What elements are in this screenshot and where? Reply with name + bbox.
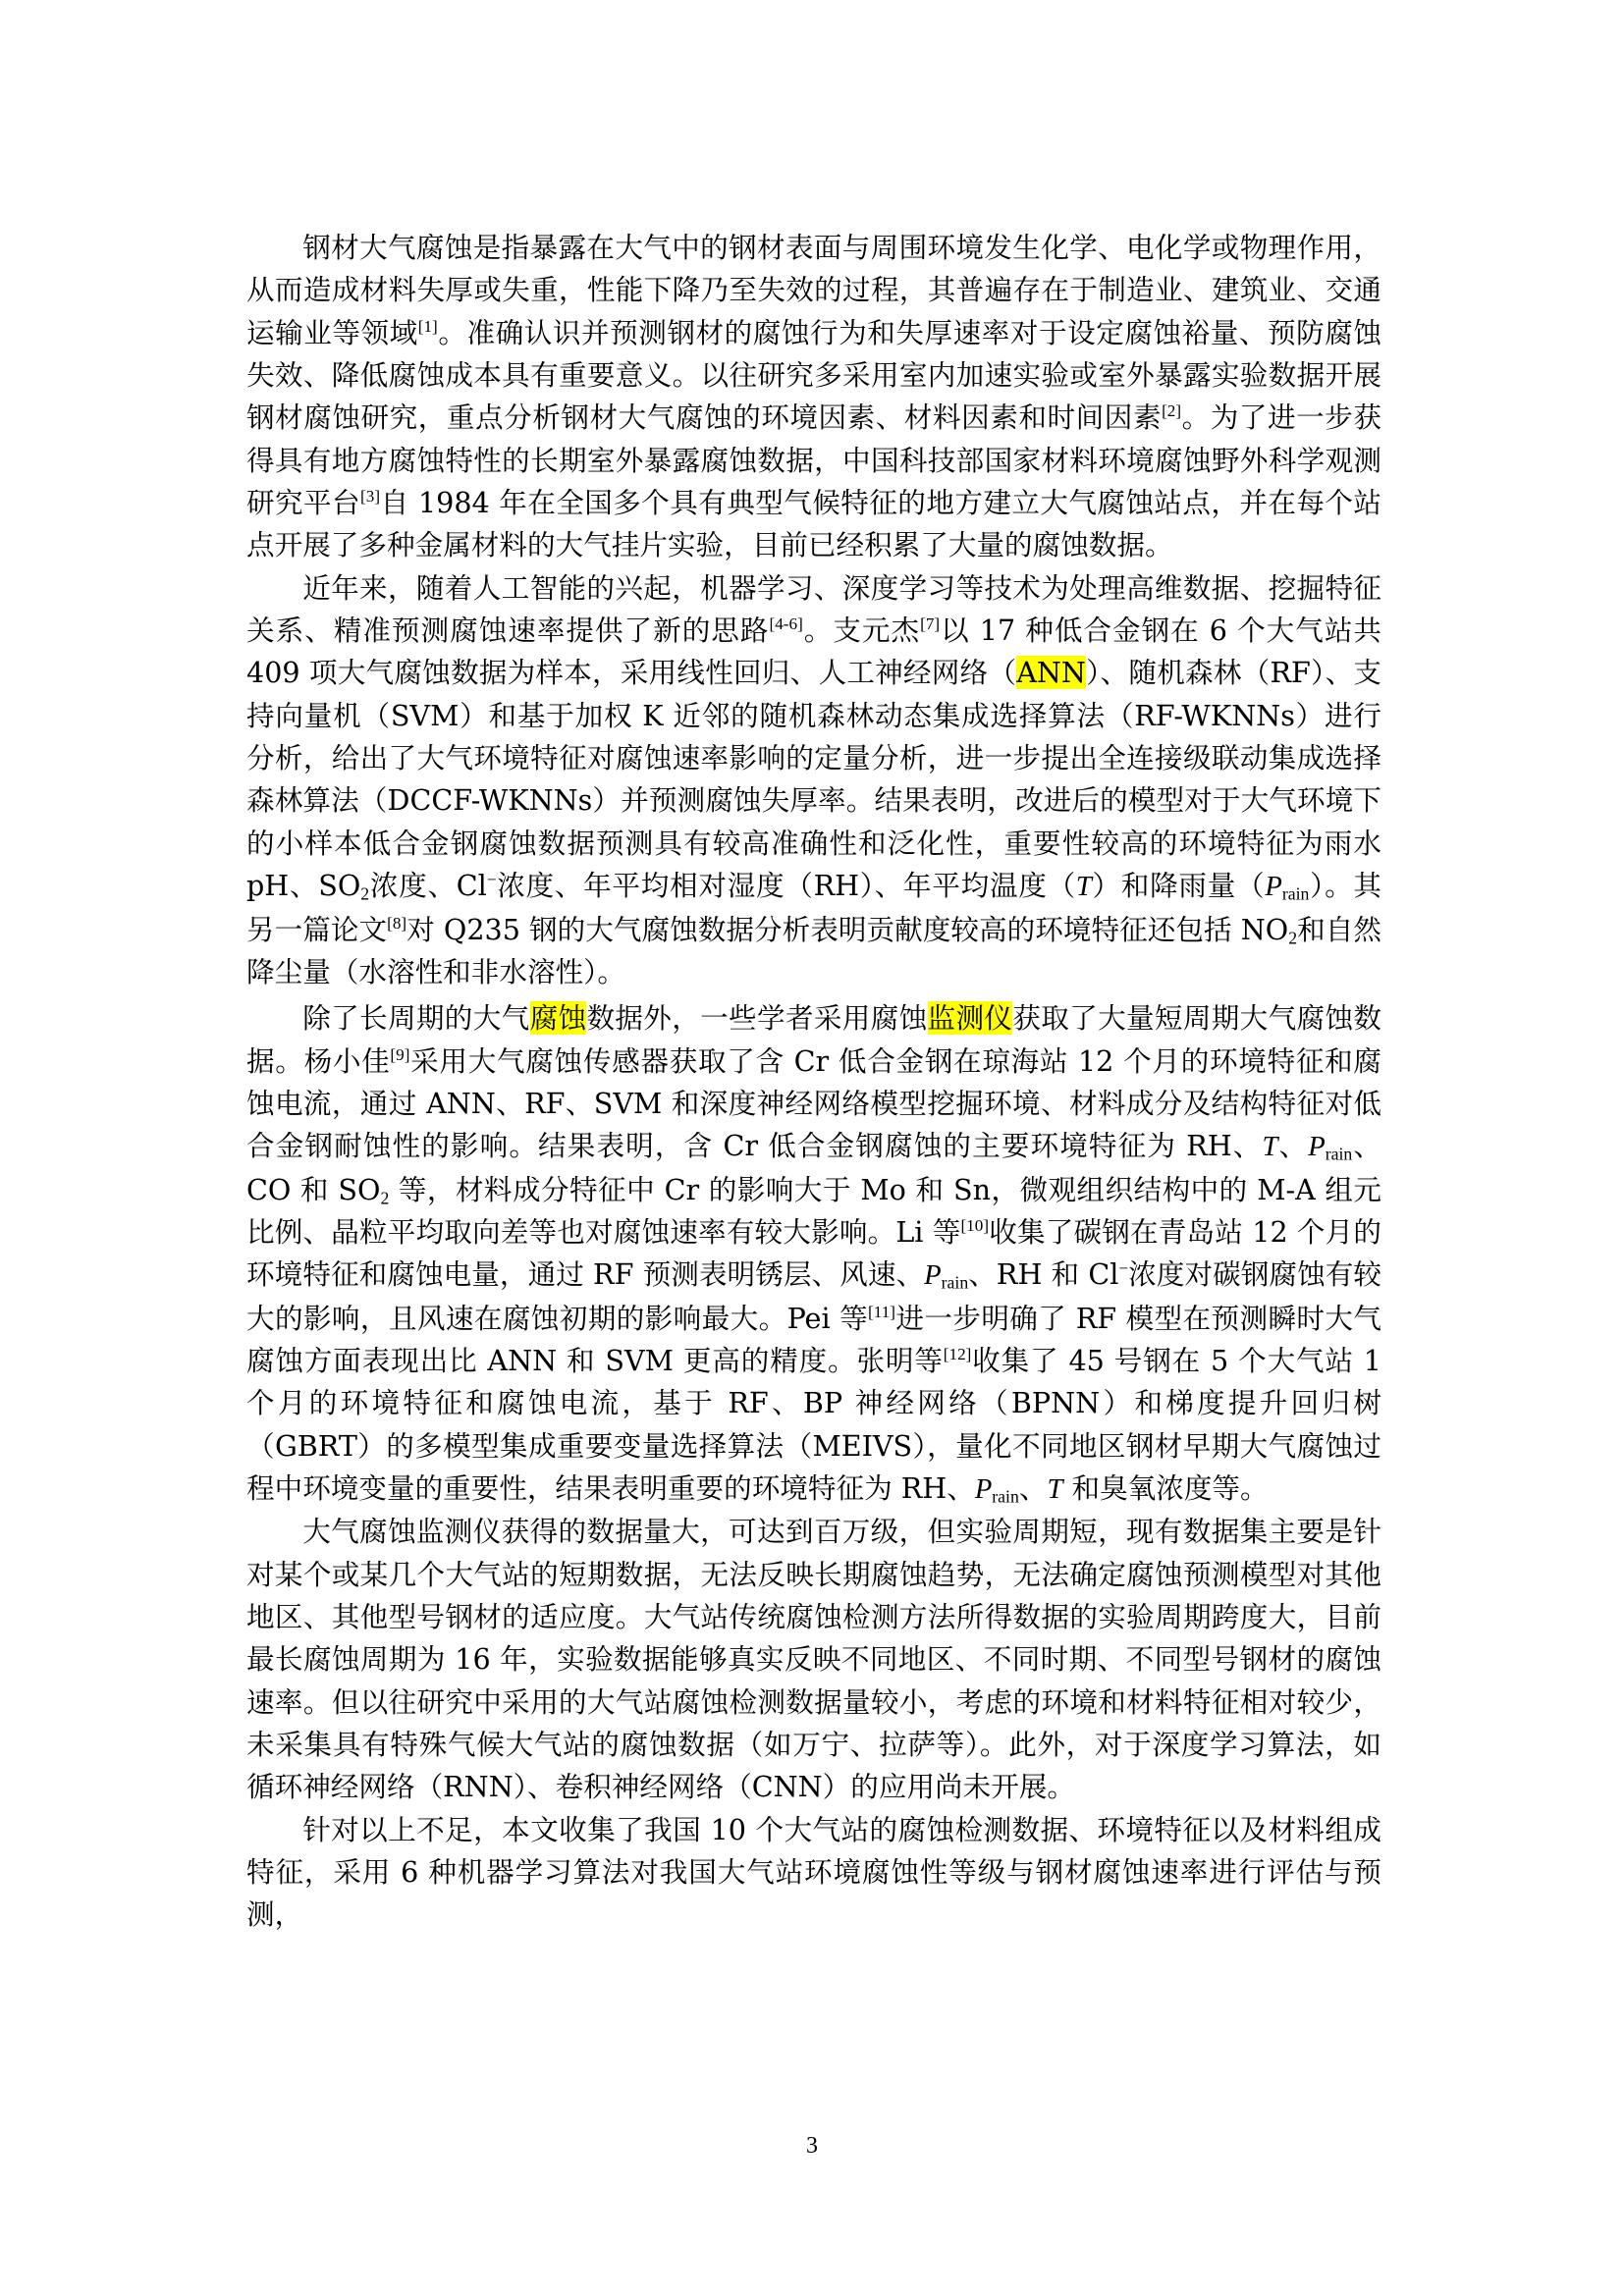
italic-symbol: P — [1308, 1132, 1325, 1162]
subscript: 2 — [380, 1188, 389, 1207]
italic-symbol: P — [975, 1474, 992, 1505]
text-run: 自 1984 年在全国多个具有典型气候特征的地方建立大气腐蚀站点，并在每个站点开… — [246, 486, 1381, 561]
text-run: 和臭氧浓度等。 — [1062, 1471, 1268, 1505]
subscript: rain — [1282, 884, 1310, 904]
text-run: 、 — [1277, 1129, 1308, 1162]
citation-ref: [3] — [360, 487, 380, 506]
paragraph-1: 钢材大气腐蚀是指暴露在大气中的钢材表面与周围环境发生化学、电化学或物理作用，从而… — [246, 227, 1381, 567]
citation-ref: [1] — [418, 317, 438, 336]
highlighted-text: 监测仪 — [928, 1001, 1013, 1035]
text-run: 浓度、Cl — [369, 869, 487, 902]
subscript: 2 — [1288, 928, 1297, 947]
text-run: 。支元杰 — [803, 614, 920, 647]
italic-symbol: T — [1047, 1474, 1062, 1505]
text-run: ）、随机森林（RF）、支持向量机（SVM）和基于加权 K 近邻的随机森林动态集成… — [246, 656, 1381, 902]
document-page: 钢材大气腐蚀是指暴露在大气中的钢材表面与周围环境发生化学、电化学或物理作用，从而… — [0, 0, 1624, 2296]
subscript: rain — [992, 1486, 1019, 1506]
text-run: ）和降雨量（ — [1092, 869, 1266, 902]
subscript: 2 — [360, 884, 369, 904]
paragraph-5: 针对以上不足，本文收集了我国 10 个大气站的腐蚀检测数据、环境特征以及材料组成… — [246, 1809, 1381, 1937]
citation-ref: [7] — [920, 614, 940, 633]
text-run: 除了长周期的大气 — [302, 1001, 529, 1035]
paragraph-2: 近年来，随着人工智能的兴起，机器学习、深度学习等技术为处理高维数据、挖掘特征关系… — [246, 567, 1381, 993]
citation-ref: [2] — [1162, 401, 1181, 420]
text-run: 、 — [1019, 1471, 1048, 1505]
highlighted-text: 腐蚀 — [530, 1001, 587, 1035]
body-text: 钢材大气腐蚀是指暴露在大气中的钢材表面与周围环境发生化学、电化学或物理作用，从而… — [246, 227, 1381, 1937]
text-run: 大气腐蚀监测仪获得的数据量大，可达到百万级，但实验周期短，现有数据集主要是针对某… — [246, 1515, 1381, 1803]
text-run: 浓度、年平均相对湿度（RH）、年平均温度（ — [497, 869, 1076, 902]
italic-symbol: T — [1076, 872, 1092, 902]
citation-ref: [11] — [868, 1302, 895, 1320]
italic-symbol: P — [924, 1260, 941, 1291]
subscript: rain — [1326, 1145, 1353, 1164]
citation-ref: [12] — [944, 1345, 972, 1363]
text-run: 数据外，一些学者采用腐蚀 — [586, 1001, 927, 1035]
italic-symbol: T — [1263, 1132, 1278, 1162]
text-run: 、RH 和 Cl — [968, 1257, 1118, 1291]
text-run: 采用大气腐蚀传感器获取了含 Cr 低合金钢在琼海站 12 个月的环境特征和腐蚀电… — [246, 1044, 1381, 1163]
subscript: rain — [942, 1273, 969, 1293]
paragraph-3: 除了长周期的大气腐蚀数据外，一些学者采用腐蚀监测仪获取了大量短周期大气腐蚀数据。… — [246, 997, 1381, 1511]
superscript: − — [487, 871, 497, 889]
citation-ref: [10] — [960, 1216, 989, 1235]
citation-ref: [9] — [390, 1044, 409, 1063]
highlighted-text: ANN — [1016, 656, 1086, 689]
citation-ref: [4-6] — [769, 614, 802, 633]
text-run: 对 Q235 钢的大气腐蚀数据分析表明贡献度较高的环境特征还包括 NO — [406, 913, 1288, 946]
paragraph-4: 大气腐蚀监测仪获得的数据量大，可达到百万级，但实验周期短，现有数据集主要是针对某… — [246, 1511, 1381, 1808]
superscript: − — [1118, 1259, 1128, 1278]
citation-ref: [8] — [387, 913, 406, 932]
italic-symbol: P — [1265, 872, 1281, 902]
text-run: 针对以上不足，本文收集了我国 10 个大气站的腐蚀检测数据、环境特征以及材料组成… — [246, 1813, 1381, 1932]
page-number: 3 — [0, 2133, 1624, 2160]
